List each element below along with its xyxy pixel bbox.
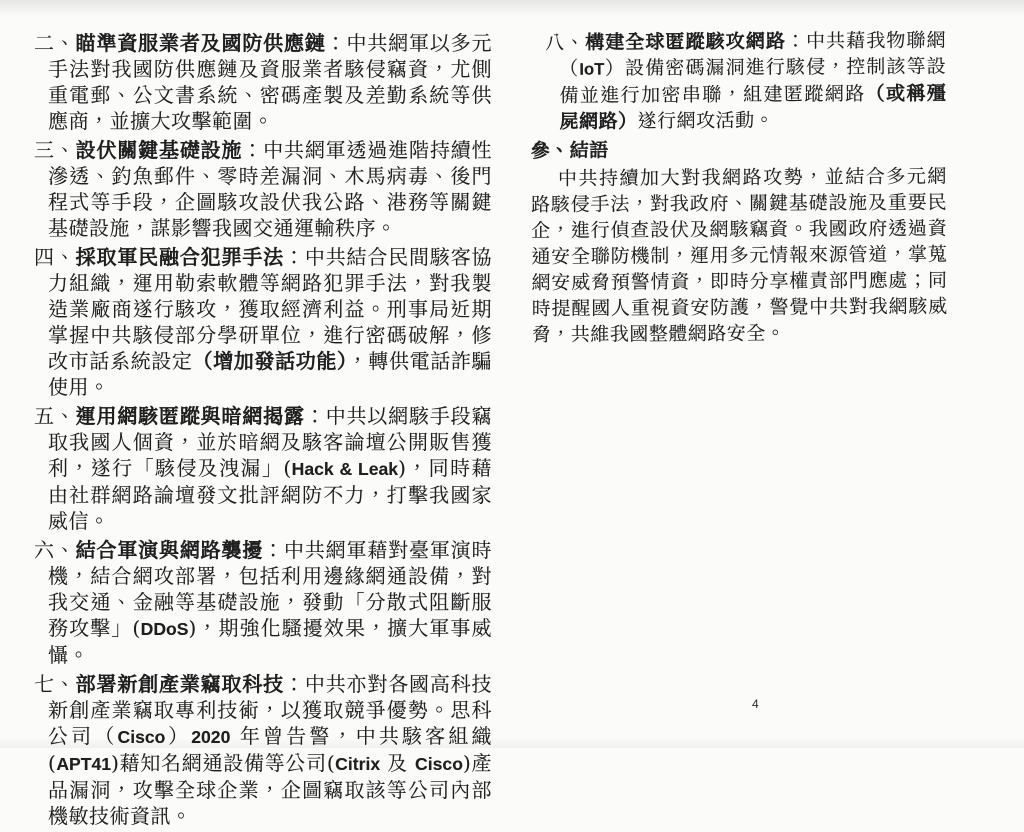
- section-title: 設伏關鍵基礎設施: [76, 138, 243, 162]
- section-title: 瞄準資服業者及國防供應鏈: [76, 31, 326, 55]
- scan-edge-top: [0, 0, 1024, 16]
- section-colon: ：: [284, 245, 305, 269]
- section-colon: ：: [786, 30, 806, 52]
- closing-heading: 參、結語: [531, 135, 947, 164]
- section-colon: ：: [305, 404, 326, 428]
- numbered-section: 六、結合軍演與網路襲擾：中共網軍藉對臺軍演時機，結合網攻部署，包括利用邊緣網通設…: [34, 537, 492, 668]
- section-number: 四、: [34, 245, 76, 269]
- numbered-section: 三、設伏關鍵基礎設施：中共網軍透過進階持續性滲透、釣魚郵件、零時差漏洞、木馬病毒…: [34, 137, 492, 241]
- section-number: 八、: [545, 32, 585, 54]
- body-segment: 遂行網攻活動。: [638, 110, 775, 133]
- section-number: 五、: [34, 404, 76, 428]
- section-number: 六、: [34, 538, 76, 562]
- section-list: 八、構建全球匿蹤駭攻網路：中共藉我物聯網（IoT）設備密碼漏洞進行駭侵，控制該等…: [530, 27, 947, 135]
- numbered-section: 四、採取軍民融合犯罪手法：中共結合民間駭客協力組織，運用勒索軟體等網路犯罪手法，…: [34, 244, 492, 400]
- numbered-section: 八、構建全球匿蹤駭攻網路：中共藉我物聯網（IoT）設備密碼漏洞進行駭侵，控制該等…: [545, 27, 947, 134]
- body-segment: （增加發話功能）: [193, 349, 348, 373]
- section-colon: ：: [326, 31, 347, 55]
- document-page-3: 二、瞄準資服業者及國防供應鏈：中共網軍以多元手法對我國防供應鏈及資服業者駭侵竊資…: [34, 30, 492, 748]
- body-segment: ）: [165, 724, 191, 748]
- numbered-section: 五、運用網駭匿蹤與暗網揭露：中共以網駭手段竊取我國人個資，並於暗網及駭客論壇公開…: [34, 403, 492, 534]
- numbered-section: 七、部署新創產業竊取科技：中共亦對各國高科技新創產業竊取專利技術，以獲取競爭優勢…: [34, 671, 492, 748]
- numbered-section: 二、瞄準資服業者及國防供應鏈：中共網軍以多元手法對我國防供應鏈及資服業者駭侵竊資…: [34, 30, 492, 134]
- body-segment: 2020: [191, 727, 230, 747]
- section-title: 運用網駭匿蹤與暗網揭露: [76, 404, 305, 428]
- section-colon: ：: [242, 138, 263, 162]
- section-colon: ：: [263, 538, 284, 562]
- closing-paragraph: 中共持續加大對我網路攻勢，並結合多元網路駭侵手法，對我政府、關鍵基礎設施及重要民…: [531, 163, 948, 348]
- body-segment: Hack & Leak: [292, 459, 398, 479]
- section-colon: ：: [284, 672, 305, 696]
- section-number: 七、: [34, 672, 76, 696]
- section-title: 部署新創產業竊取科技: [76, 672, 284, 696]
- section-list: 二、瞄準資服業者及國防供應鏈：中共網軍以多元手法對我國防供應鏈及資服業者駭侵竊資…: [34, 30, 492, 748]
- section-title: 結合軍演與網路襲擾: [76, 538, 264, 562]
- page-number: 4: [752, 697, 759, 711]
- body-segment: IoT: [579, 60, 604, 79]
- section-number: 二、: [34, 31, 76, 55]
- section-number: 三、: [34, 138, 76, 162]
- document-page-4: 八、構建全球匿蹤駭攻網路：中共藉我物聯網（IoT）設備密碼漏洞進行駭侵，控制該等…: [530, 27, 948, 348]
- section-title: 構建全球匿蹤駭攻網路: [585, 30, 786, 53]
- body-segment: Cisco: [117, 727, 165, 747]
- body-segment: DDoS: [141, 619, 189, 639]
- page-number: 3: [243, 705, 250, 719]
- section-title: 採取軍民融合犯罪手法: [76, 245, 284, 269]
